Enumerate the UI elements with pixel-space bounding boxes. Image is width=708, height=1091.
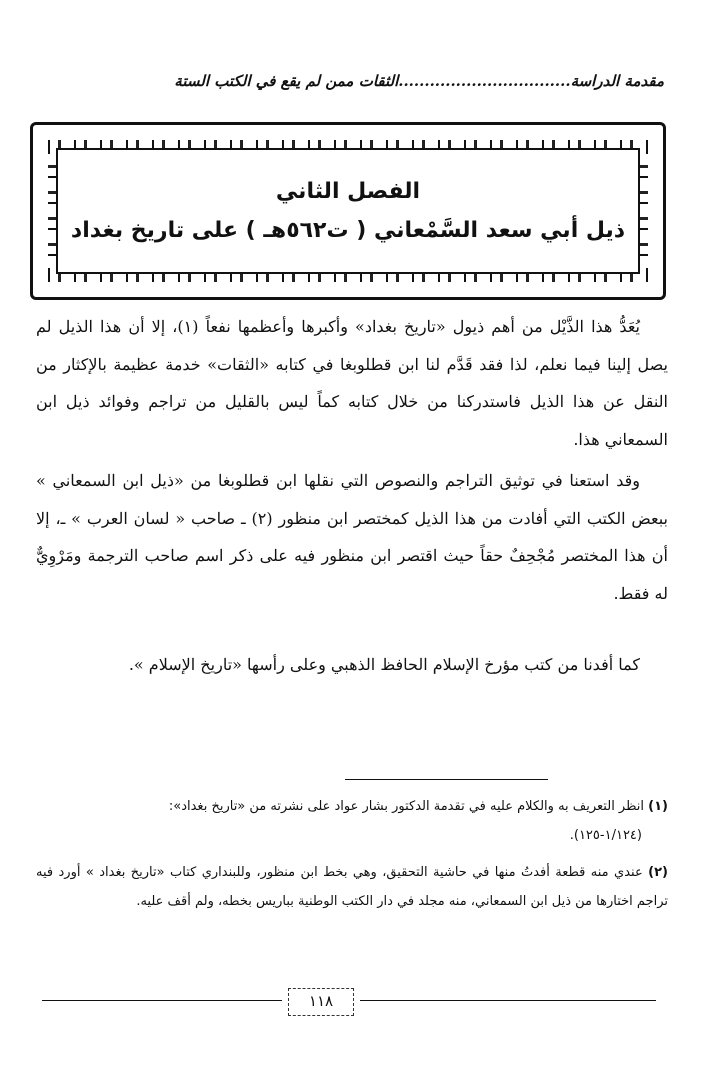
footer-rule-right xyxy=(360,1000,656,1001)
body-paragraph-1: يُعَدُّ هذا الذَّيْل من أهم ذيول «تاريخ … xyxy=(36,308,668,458)
footer-rule-left xyxy=(42,1000,282,1001)
paragraph-text: وقد استعنا في توثيق التراجم والنصوص التي… xyxy=(36,462,668,612)
footnote-2: (٢) عندي منه قطعة أفدتُ منها في حاشية ال… xyxy=(36,858,668,916)
footnote-text: انظر التعريف به والكلام عليه في تقدمة ال… xyxy=(169,799,644,814)
page-number: ١١٨ xyxy=(288,988,354,1016)
footnote-continuation: (١/١٢٤-١٢٥). xyxy=(36,821,668,850)
body-paragraph-3: كما أفدنا من كتب مؤرخ الإسلام الحافظ الذ… xyxy=(36,646,668,684)
footnote-number: (٢) xyxy=(648,865,668,880)
chapter-title-frame: الفصل الثاني ذيل أبي سعد السَّمْعاني ( ت… xyxy=(30,122,666,300)
paragraph-text: كما أفدنا من كتب مؤرخ الإسلام الحافظ الذ… xyxy=(36,646,668,684)
chapter-label: الفصل الثاني xyxy=(276,179,420,204)
body-paragraph-2: وقد استعنا في توثيق التراجم والنصوص التي… xyxy=(36,462,668,612)
chapter-title: ذيل أبي سعد السَّمْعاني ( ت٥٦٢هـ ) على ت… xyxy=(71,218,625,243)
footnote-separator xyxy=(345,779,548,780)
footnote-1: (١) انظر التعريف به والكلام عليه في تقدم… xyxy=(36,792,668,850)
footnotes: (١) انظر التعريف به والكلام عليه في تقدم… xyxy=(36,792,668,924)
footnote-text: عندي منه قطعة أفدتُ منها في حاشية التحقي… xyxy=(36,865,668,909)
running-header: مقدمة الدراسة...........................… xyxy=(40,72,664,90)
chapter-heading-box: الفصل الثاني ذيل أبي سعد السَّمْعاني ( ت… xyxy=(56,148,640,274)
footnote-number: (١) xyxy=(648,799,668,814)
paragraph-text: يُعَدُّ هذا الذَّيْل من أهم ذيول «تاريخ … xyxy=(36,308,668,458)
